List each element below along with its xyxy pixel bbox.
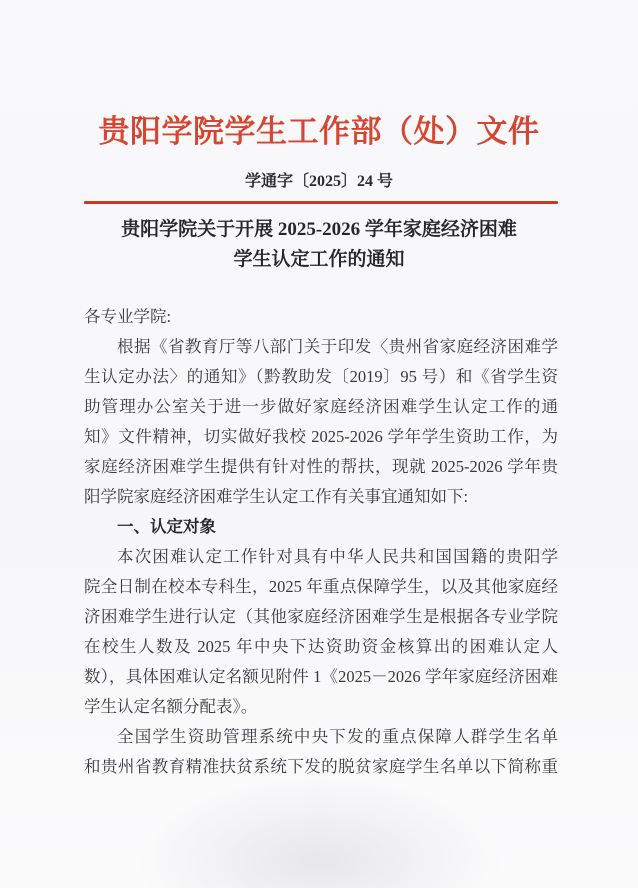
body-line: 全国学生资助管理系统中央下发的重点保障人群学生名单 [84,722,558,752]
document-number: 学通字〔2025〕24 号 [0,170,638,194]
body-line: 各专业学院: [84,302,558,332]
document-page: 贵阳学院学生工作部（处）文件 学通字〔2025〕24 号 贵阳学院关于开展 20… [0,0,638,888]
body-line: 数），具体困难认定名额见附件 1《2025－2026 学年家庭经济困难 [84,662,558,692]
body-line: 阳学院家庭经济困难学生认定工作有关事宜通知如下: [84,482,558,512]
body-line: 根据《省教育厅等八部门关于印发〈贵州省家庭经济困难学 [84,332,558,362]
body-line: 本次困难认定工作针对具有中华人民共和国国籍的贵阳学 [84,542,558,572]
document-header-title: 贵阳学院学生工作部（处）文件 [0,112,638,152]
document-title-line1: 贵阳学院关于开展 2025-2026 学年家庭经济困难 [0,215,638,245]
body-line: 学生认定名额分配表》。 [84,692,558,722]
document-title-line2: 学生认定工作的通知 [0,245,638,275]
section-heading: 一、认定对象 [84,512,558,542]
body-line: 生认定办法〉的通知》（黔教助发〔2019〕95 号）和《省学生资 [84,362,558,392]
document-body: 各专业学院:根据《省教育厅等八部门关于印发〈贵州省家庭经济困难学生认定办法〉的通… [84,302,558,782]
body-line: 知》文件精神，切实做好我校 2025-2026 学年学生资助工作，为 [84,422,558,452]
body-line: 和贵州省教育精准扶贫系统下发的脱贫家庭学生名单以下简称重 [84,752,558,782]
body-line: 家庭经济困难学生提供有针对性的帮扶，现就 2025-2026 学年贵 [84,452,558,482]
red-divider-line [84,201,558,204]
body-line: 助管理办公室关于进一步做好家庭经济困难学生认定工作的通 [84,392,558,422]
document-title: 贵阳学院关于开展 2025-2026 学年家庭经济困难 学生认定工作的通知 [0,215,638,275]
body-line: 济困难学生进行认定（其他家庭经济困难学生是根据各专业学院 [84,602,558,632]
body-line: 在校生人数及 2025 年中央下达资助资金核算出的困难认定人 [84,632,558,662]
body-line: 院全日制在校本专科生，2025 年重点保障学生，以及其他家庭经 [84,572,558,602]
